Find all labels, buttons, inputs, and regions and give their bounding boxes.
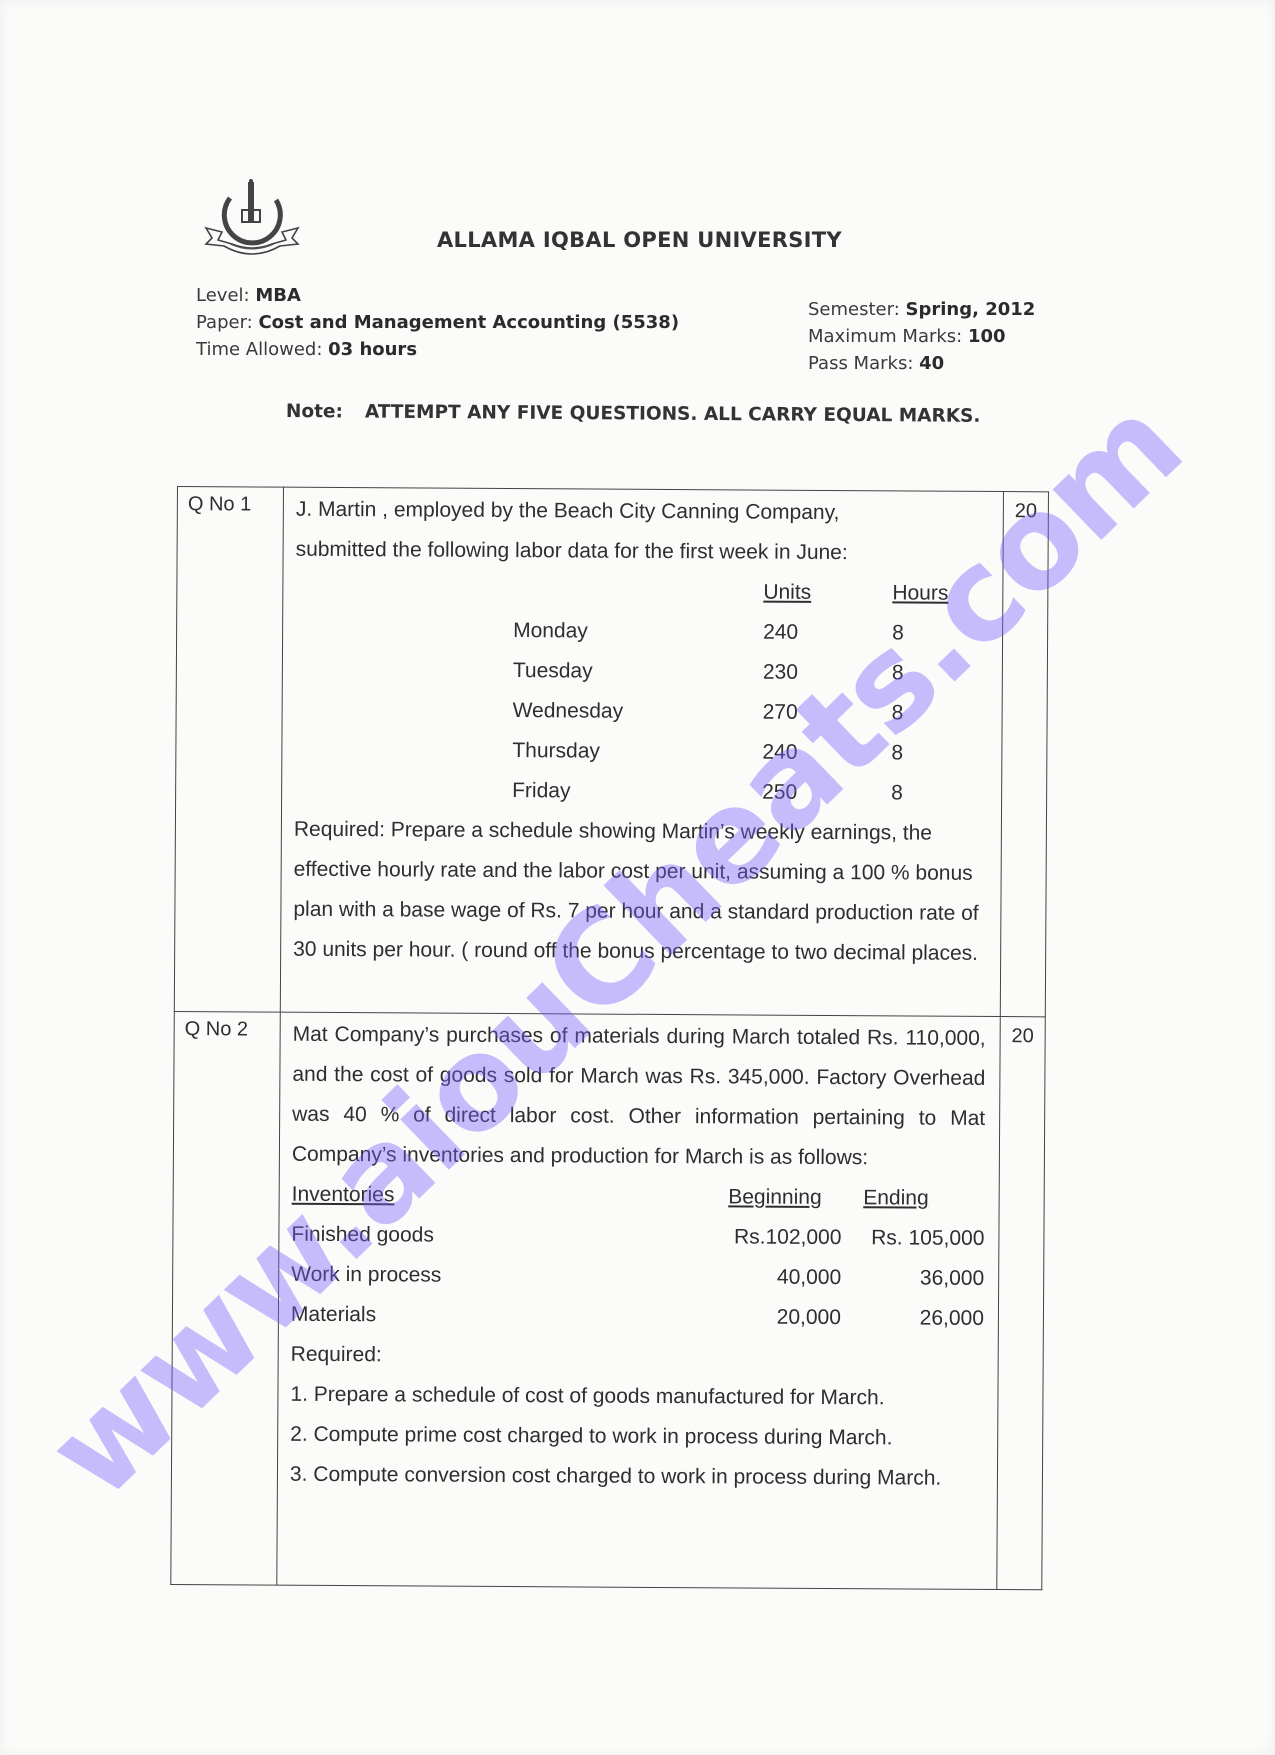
labor-row: Monday 240 8	[513, 611, 953, 654]
required-item: 3. Compute conversion cost charged to wo…	[290, 1455, 983, 1499]
semester-value: Spring, 2012	[906, 299, 1036, 320]
paper-value: Cost and Management Accounting (5538)	[258, 312, 679, 333]
question-row-2: Q No 2 Mat Company’s purchases of materi…	[171, 1011, 1045, 1589]
question-marks: 20	[1000, 492, 1048, 1017]
time-line: Time Allowed: 03 hours	[196, 336, 679, 363]
question-number: Q No 2	[171, 1011, 280, 1585]
labor-row: Thursday 240 8	[512, 731, 952, 774]
inventory-row: Finished goods Rs.102,000 Rs. 105,000	[291, 1215, 984, 1259]
question-required: Required: Prepare a schedule showing Mar…	[293, 810, 987, 974]
semester-line: Semester: Spring, 2012	[808, 296, 1035, 323]
max-marks-line: Maximum Marks: 100	[808, 323, 1035, 350]
note-text: ATTEMPT ANY FIVE QUESTIONS. ALL CARRY EQ…	[365, 402, 981, 427]
beginning-header: Beginning	[632, 1177, 842, 1218]
inventory-row: Materials 20,000 26,000	[291, 1295, 984, 1339]
paper-info-left: Level: MBA Paper: Cost and Management Ac…	[196, 282, 679, 363]
units-header: Units	[763, 573, 888, 614]
instructions-note: Note:ATTEMPT ANY FIVE QUESTIONS. ALL CAR…	[286, 401, 981, 427]
pass-marks-line: Pass Marks: 40	[808, 350, 1035, 377]
hours-header: Hours	[888, 573, 953, 613]
labor-data-table: Units Hours Monday 240 8 Tuesday 230 8 W…	[512, 571, 953, 814]
question-body: J. Martin , employed by the Beach City C…	[280, 487, 1003, 1016]
inventory-table: Inventories Beginning Ending Finished go…	[291, 1175, 985, 1339]
labor-row: Friday 250 8	[512, 771, 952, 814]
question-intro-line: J. Martin , employed by the Beach City C…	[296, 490, 989, 534]
paper-line: Paper: Cost and Management Accounting (5…	[196, 309, 679, 336]
inventories-header: Inventories	[292, 1175, 632, 1217]
paper-info-right: Semester: Spring, 2012 Maximum Marks: 10…	[808, 296, 1035, 377]
question-intro-line: submitted the following labor data for t…	[295, 530, 988, 574]
max-marks-value: 100	[968, 326, 1006, 347]
ending-header: Ending	[842, 1178, 985, 1219]
labor-row: Wednesday 270 8	[513, 691, 953, 734]
question-number: Q No 1	[174, 487, 283, 1013]
question-intro: Mat Company’s purchases of materials dur…	[292, 1015, 986, 1179]
university-crest-icon	[202, 178, 302, 260]
pass-marks-value: 40	[919, 353, 944, 374]
level-value: MBA	[255, 285, 301, 306]
question-body: Mat Company’s purchases of materials dur…	[277, 1012, 1000, 1589]
labor-row: Tuesday 230 8	[513, 651, 953, 694]
questions-table: Q No 1 J. Martin , employed by the Beach…	[170, 486, 1049, 1590]
note-label: Note:	[286, 401, 343, 422]
inventory-row: Work in process 40,000 36,000	[291, 1255, 984, 1299]
required-label: Required:	[291, 1335, 984, 1379]
question-row-1: Q No 1 J. Martin , employed by the Beach…	[174, 487, 1048, 1017]
required-item: 2. Compute prime cost charged to work in…	[290, 1415, 983, 1459]
time-value: 03 hours	[328, 339, 417, 360]
university-name: ALLAMA IQBAL OPEN UNIVERSITY	[437, 228, 842, 252]
question-marks: 20	[997, 1017, 1045, 1590]
required-item: 1. Prepare a schedule of cost of goods m…	[290, 1375, 983, 1419]
level-line: Level: MBA	[196, 282, 679, 309]
